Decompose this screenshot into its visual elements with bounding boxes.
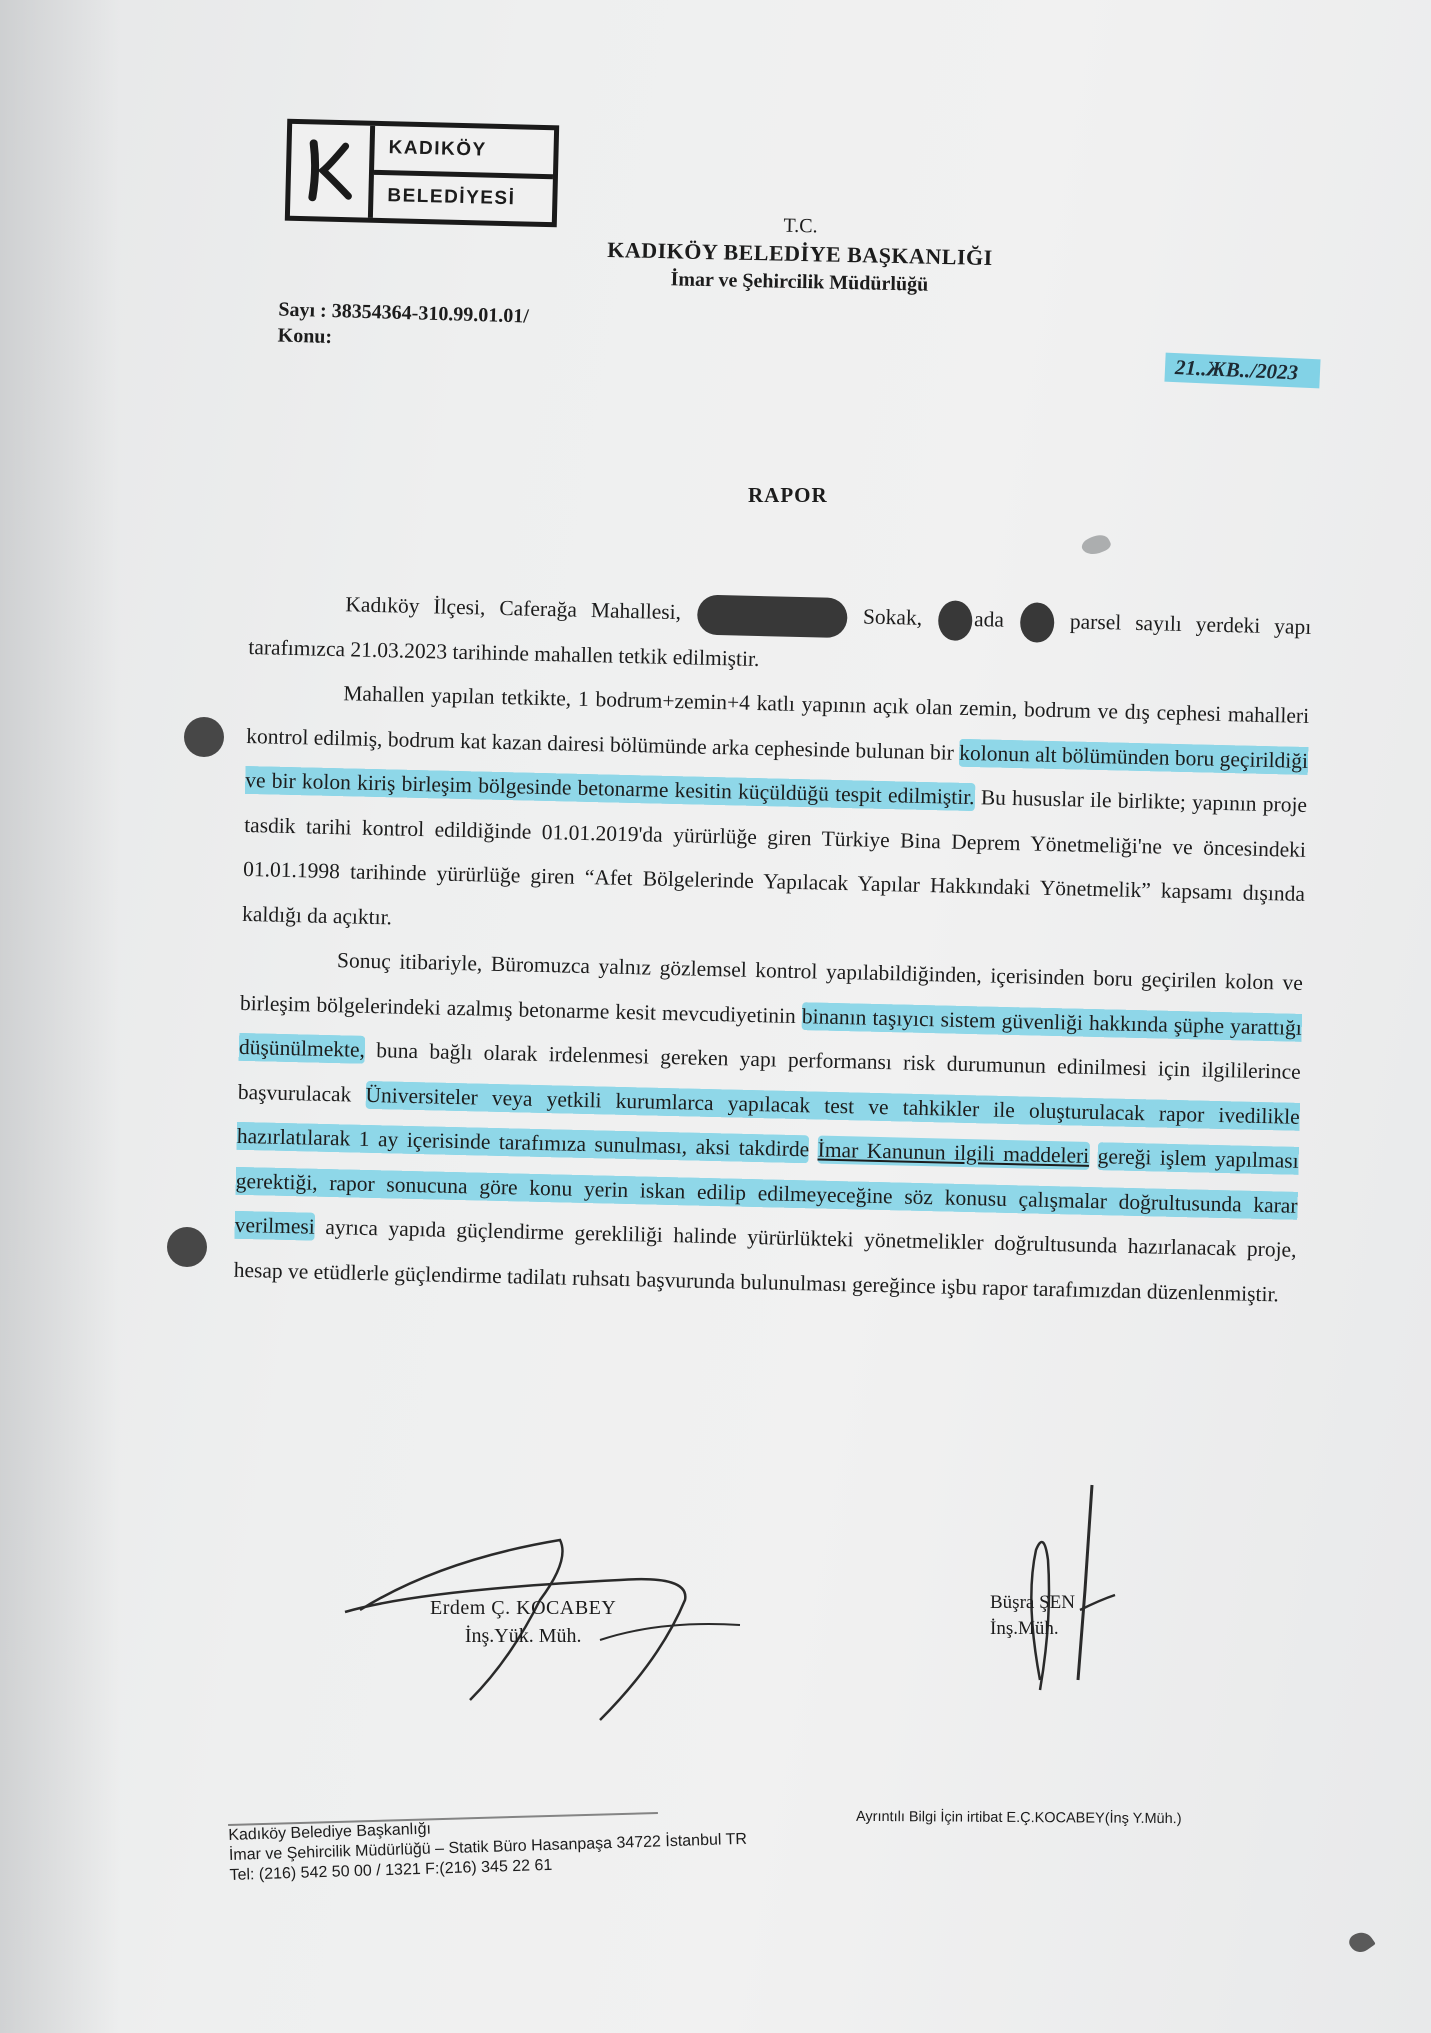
reference-block: Sayı : 38354364-310.99.01.01/ Konu: (277, 297, 529, 356)
letterhead: T.C. KADIKÖY BELEDİYE BAŞKANLIĞI İmar ve… (559, 207, 1041, 301)
signature-block-left: Erdem Ç. KOCABEY İnş.Yük. Müh. (430, 1594, 616, 1650)
report-body: Kadıköy İlçesi, Caferağa Mahallesi, Soka… (233, 580, 1311, 1317)
sayi-label: Sayı (278, 299, 315, 322)
page-shadow (0, 0, 120, 2033)
logo-line2: BELEDİYESİ (373, 174, 553, 222)
redaction-street (697, 595, 848, 639)
signatory-name-left: Erdem Ç. KOCABEY (430, 1594, 616, 1622)
logo-line1: KADIKÖY (374, 126, 554, 179)
footer-contact: Ayrıntılı Bilgi İçin irtibat E.Ç.KOCABEY… (856, 1809, 1182, 1827)
sayi-value: : 38354364-310.99.01.01/ (320, 300, 529, 328)
paragraph-3: Sonuç itibariyle, Büromuzca yalnız gözle… (233, 936, 1303, 1317)
redaction-ada (938, 600, 973, 641)
k-logo-icon (290, 124, 375, 218)
kadikoy-logo: KADIKÖY BELEDİYESİ (285, 119, 559, 228)
punch-hole-top (184, 717, 224, 757)
punch-hole-bottom (167, 1227, 207, 1267)
signatory-name-right: Büşra ŞEN (990, 1590, 1075, 1616)
signatory-title-right: İnş.Müh. (990, 1616, 1075, 1642)
redaction-parsel (1019, 602, 1054, 643)
underlined-law-reference: İmar Kanunun ilgili maddeleri (817, 1136, 1089, 1170)
document-title: RAPOR (748, 483, 828, 508)
signatory-title-left: İnş.Yük. Müh. (430, 1622, 616, 1650)
signature-block-right: Büşra ŞEN İnş.Müh. (990, 1590, 1075, 1642)
paragraph-2: Mahallen yapılan tetkikte, 1 bodrum+zemi… (242, 669, 1310, 961)
